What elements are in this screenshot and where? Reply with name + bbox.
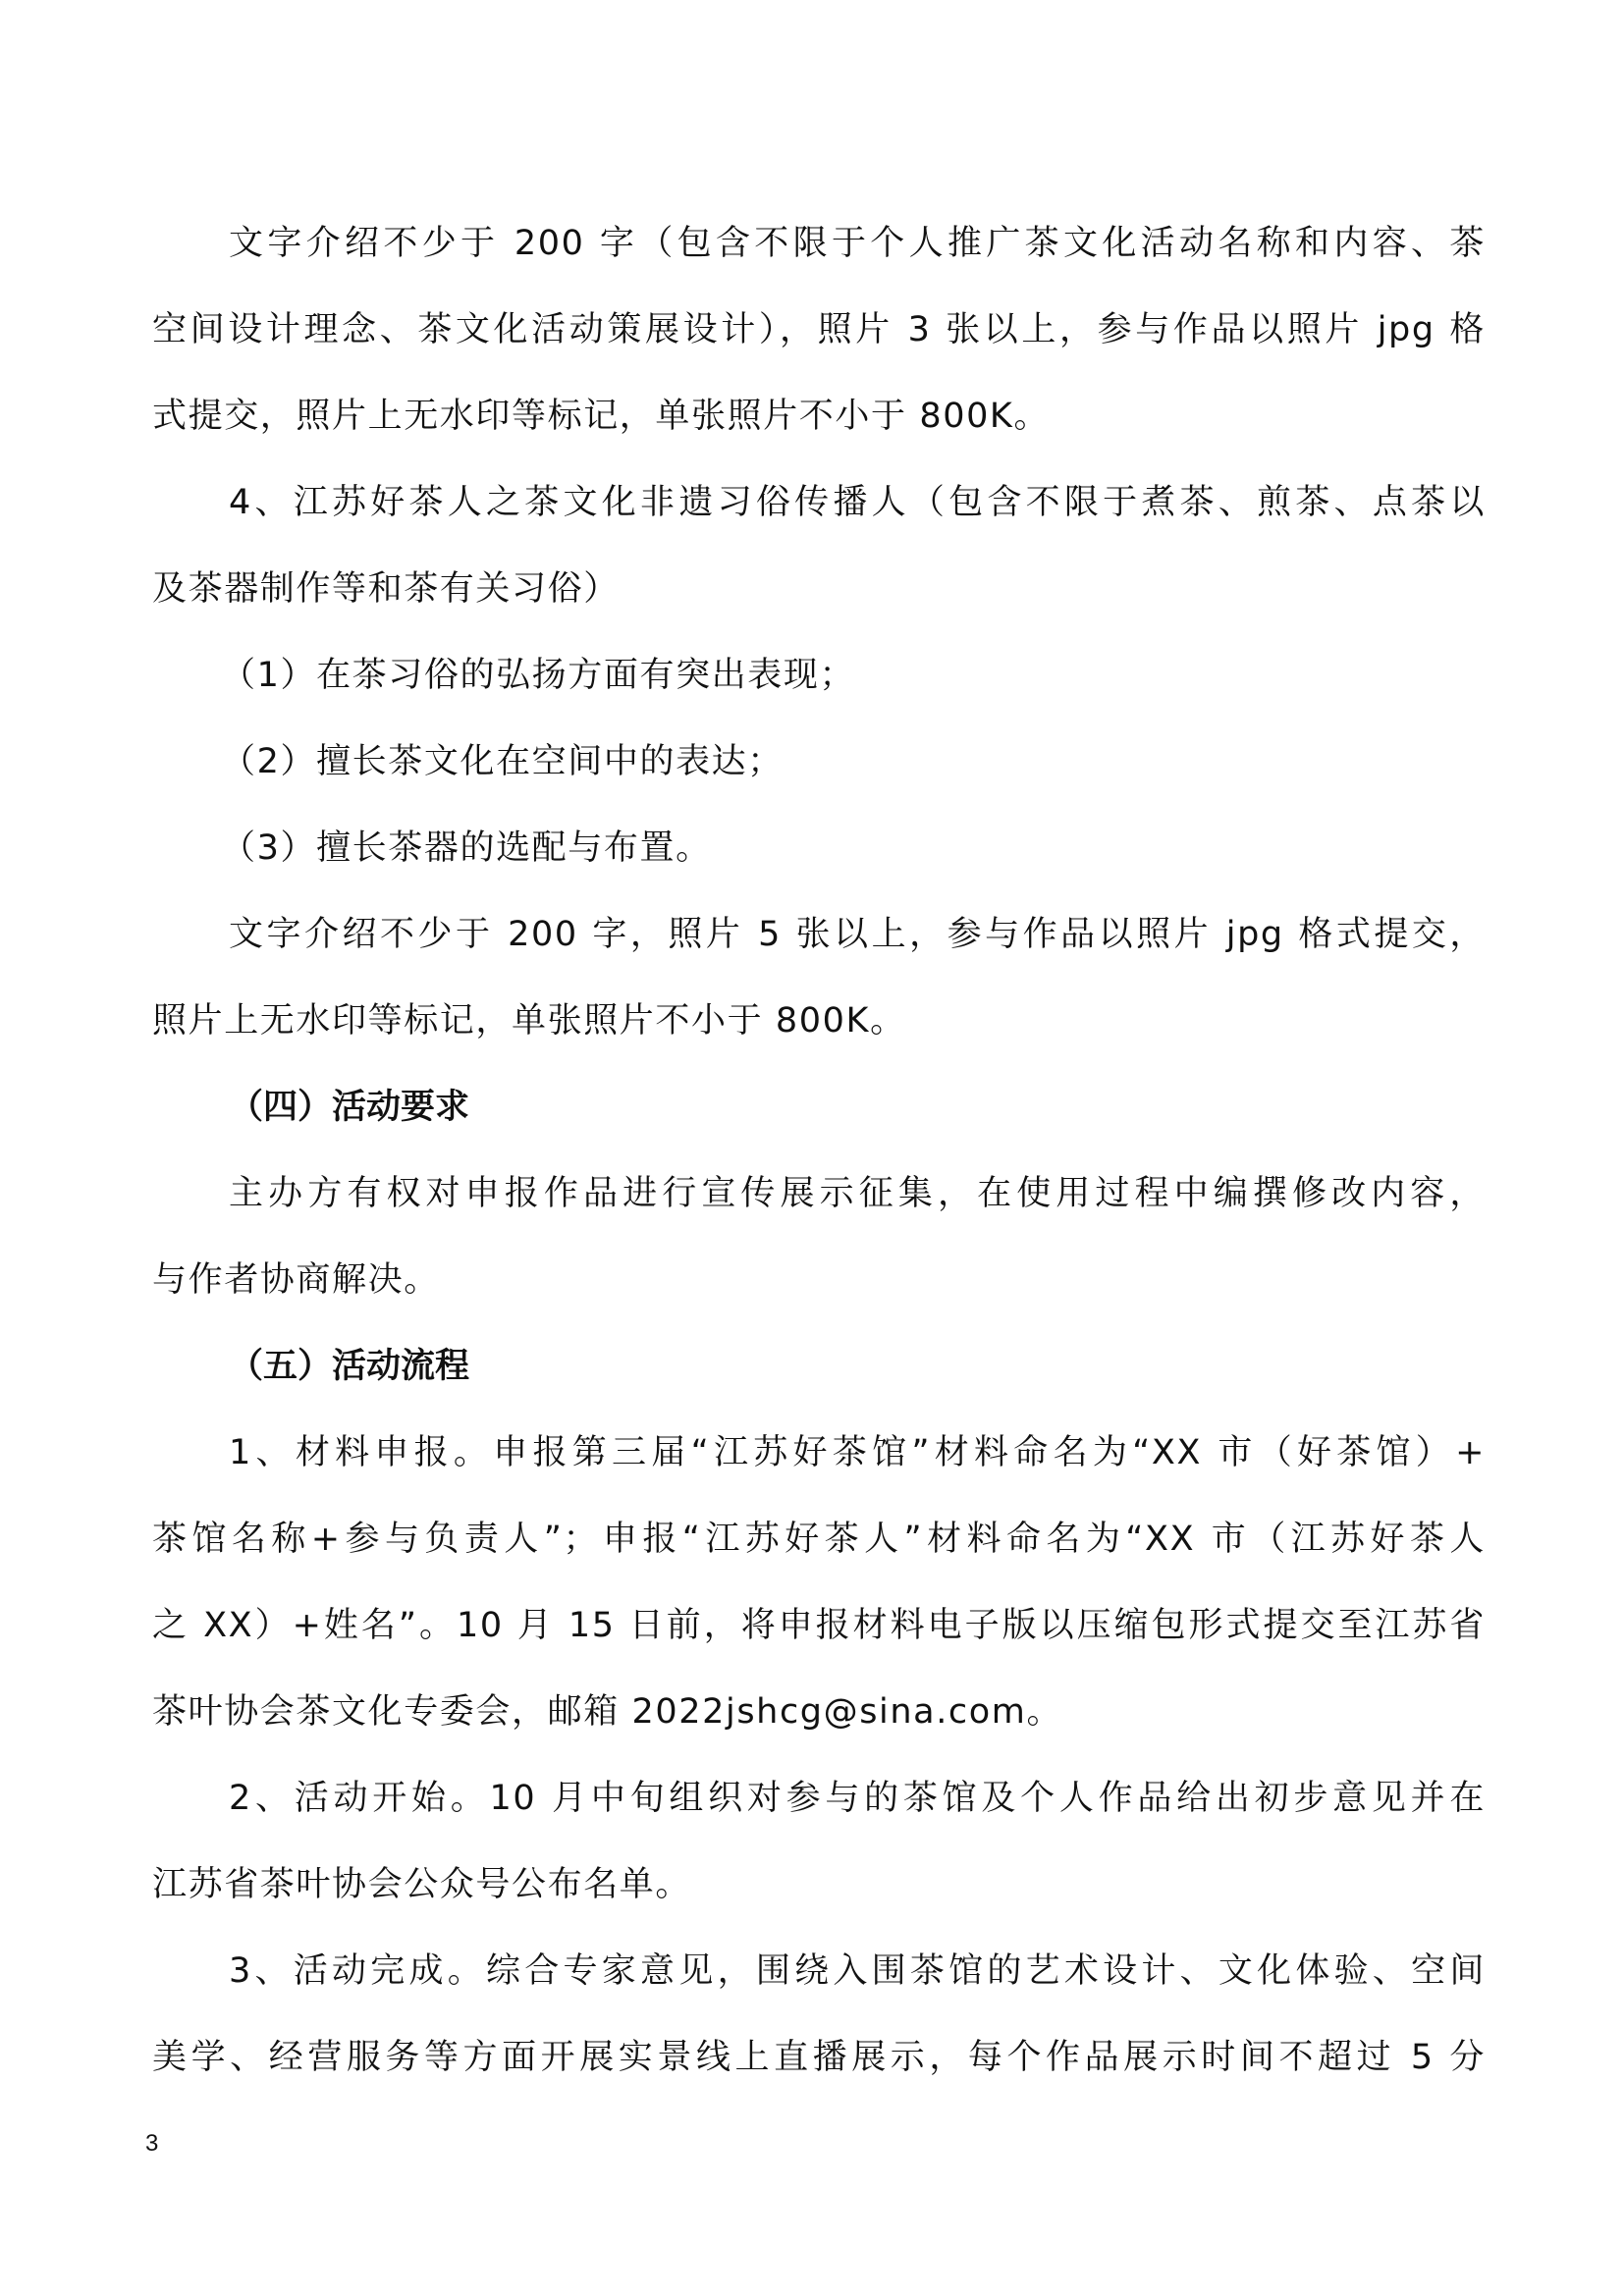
paragraph-line: 1、材料申报。申报第三届“江苏好茶馆”材料命名为“XX 市（好茶馆）+	[152, 1423, 1486, 1510]
list-item: （3）擅长茶器的选配与布置。	[152, 819, 1486, 905]
paragraph-line: 4、江苏好茶人之茶文化非遗习俗传播人（包含不限于煮茶、煎茶、点茶以	[152, 473, 1486, 560]
list-item: （2）擅长茶文化在空间中的表达；	[152, 732, 1486, 819]
section-heading: （五）活动流程	[152, 1337, 1486, 1423]
paragraph-line: 文字介绍不少于 200 字，照片 5 张以上，参与作品以照片 jpg 格式提交，	[152, 905, 1486, 991]
paragraph-line: 文字介绍不少于 200 字（包含不限于个人推广茶文化活动名称和内容、茶	[152, 214, 1486, 300]
paragraph-line: 2、活动开始。10 月中旬组织对参与的茶馆及个人作品给出初步意见并在	[152, 1769, 1486, 1855]
paragraph-line: 主办方有权对申报作品进行宣传展示征集，在使用过程中编撰修改内容，	[152, 1164, 1486, 1251]
paragraph-line: 空间设计理念、茶文化活动策展设计），照片 3 张以上，参与作品以照片 jpg 格	[152, 300, 1486, 387]
paragraph-line: 茶叶协会茶文化专委会，邮箱 2022jshcg@sina.com。	[152, 1682, 1486, 1769]
section-heading: （四）活动要求	[152, 1078, 1486, 1164]
paragraph-line: 与作者协商解决。	[152, 1251, 1486, 1337]
document-page: 文字介绍不少于 200 字（包含不限于个人推广茶文化活动名称和内容、茶 空间设计…	[0, 0, 1624, 2296]
paragraph-line: 茶馆名称+参与负责人”；申报“江苏好茶人”材料命名为“XX 市（江苏好茶人	[152, 1510, 1486, 1596]
paragraph-line: 及茶器制作等和茶有关习俗）	[152, 560, 1486, 646]
paragraph-line: 照片上无水印等标记，单张照片不小于 800K。	[152, 991, 1486, 1078]
paragraph-line: 之 XX）+姓名”。10 月 15 日前，将申报材料电子版以压缩包形式提交至江苏…	[152, 1596, 1486, 1682]
page-number: 3	[145, 2130, 158, 2158]
paragraph-line: 美学、经营服务等方面开展实景线上直播展示，每个作品展示时间不超过 5 分	[152, 2028, 1486, 2114]
paragraph-line: 式提交，照片上无水印等标记，单张照片不小于 800K。	[152, 387, 1486, 473]
list-item: （1）在茶习俗的弘扬方面有突出表现；	[152, 646, 1486, 732]
document-body: 文字介绍不少于 200 字（包含不限于个人推广茶文化活动名称和内容、茶 空间设计…	[152, 214, 1486, 2114]
paragraph-line: 3、活动完成。综合专家意见，围绕入围茶馆的艺术设计、文化体验、空间	[152, 1942, 1486, 2028]
paragraph-line: 江苏省茶叶协会公众号公布名单。	[152, 1855, 1486, 1942]
